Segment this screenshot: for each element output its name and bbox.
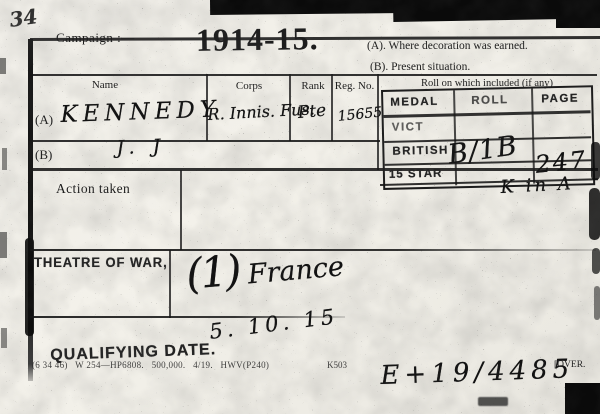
campaign-label: Campaign :— [56,30,135,46]
campaign-years: 1914-15. [196,20,319,59]
note-a: (A). Where decoration was earned. [367,40,528,52]
divider-regno-roll [377,74,379,170]
print-code-right: K503 [327,360,347,370]
scan-artifact-right-1 [591,142,600,180]
note-b: (B). Present situation. [370,61,470,73]
stamp-header-rule [384,110,591,117]
rank-value: Pte [297,101,327,123]
scan-artifact-bottom-right [565,383,600,414]
theatre-section-divider [169,250,171,318]
card-left-border-thick [25,238,34,336]
reference-number: E+19/4485 [380,354,575,391]
scan-artifact-top-right-corner [556,0,600,28]
stamp-divider-roll-page [531,89,535,184]
row-a-label: (A) [35,112,53,128]
action-section-divider [180,170,182,250]
print-code: (6 34 46) W 254—HP6808. 500,000. 4/19. H… [32,360,269,370]
stamp-col-page: PAGE [541,93,579,106]
col-header-name: Name [73,79,137,91]
scan-artifact-left-4 [1,328,7,348]
scan-artifact-right-3 [592,248,600,274]
divider-rank-regno [331,74,333,141]
scan-artifact-left-1 [0,58,6,74]
scan-artifact-left-3 [0,232,7,258]
medal-index-card-scan: 34 Campaign :— 1914-15. (A). Where decor… [0,0,600,414]
scan-artifact-right-2 [589,188,600,240]
qualifying-date-value: 5. 10. 15 [208,304,339,344]
col-header-rank: Rank [294,80,332,92]
corner-mark: 34 [8,4,39,32]
stamp-row-victory: VICT [392,121,424,134]
theatre-of-war-value: (1) France [184,236,345,299]
scan-smudge-bottom [478,397,508,406]
col-header-corps: Corps [221,80,277,92]
stamp-row-british: BRITISH [392,144,449,157]
scan-artifact-top-blob [252,0,362,12]
header-rule [30,74,597,76]
stamp-col-medal: MEDAL [390,96,439,109]
action-taken-label: Action taken [56,181,130,197]
theatre-of-war-label: THEATRE OF WAR, [34,255,168,270]
name-value: KENNEDY [60,96,220,128]
theatre-value-place: France [247,251,346,290]
stamp-col-roll: ROLL [471,94,509,107]
row-b-label: (B) [35,147,52,163]
stamp-row-star: 15 STAR [389,168,443,181]
killed-in-action-note: K in A [500,173,574,198]
row-a-rule [30,140,380,142]
scan-artifact-right-4 [594,286,600,320]
col-header-regno: Reg. No. [331,80,378,92]
theatre-value-prefix: (1) [184,245,242,298]
initials-value: J. J [116,135,167,159]
scan-artifact-left-2 [2,148,7,170]
